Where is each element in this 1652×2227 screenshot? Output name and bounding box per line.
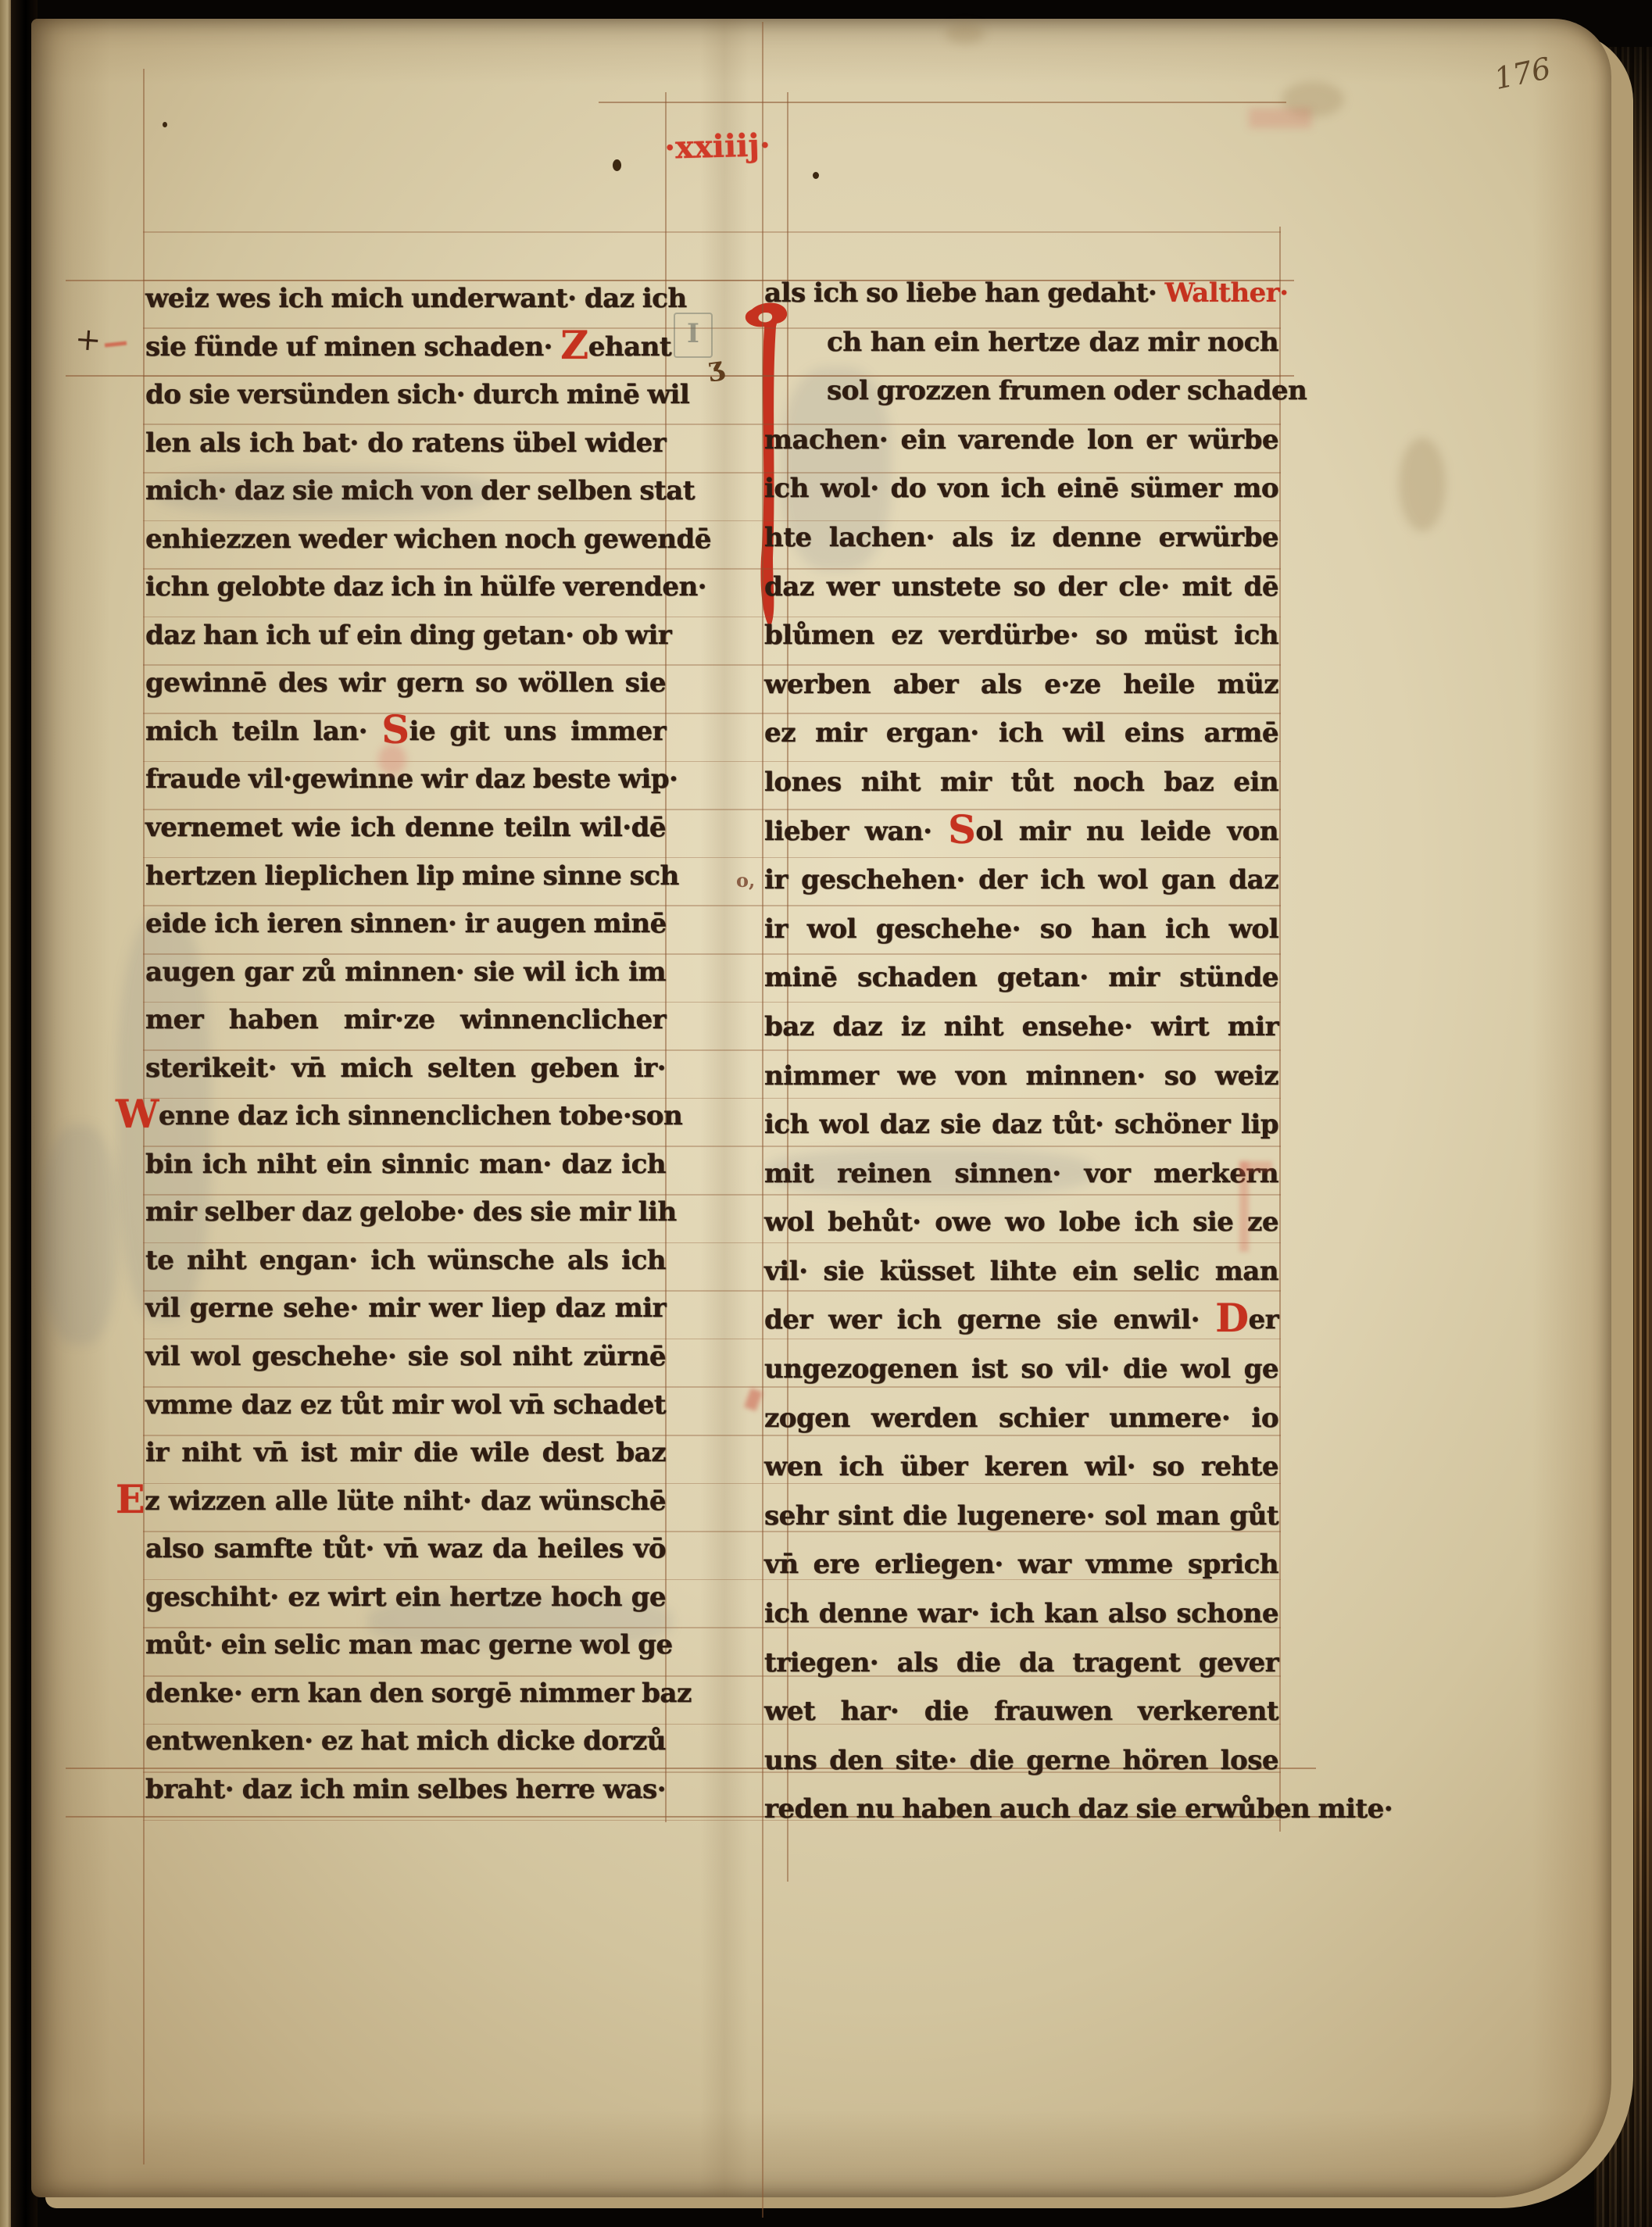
text-line: baz daz iz niht ensehe· wirt mir xyxy=(764,1003,1278,1052)
body-text: mit reinen sinnen· vor merkern xyxy=(764,1158,1278,1189)
body-text: ir niht vn̄ ist mir die wile dest baz xyxy=(145,1437,666,1468)
body-text: vil wol geschehe· sie sol niht zürnē xyxy=(145,1341,666,1372)
text-line: reden nu haben auch daz sie erwůben mite… xyxy=(764,1785,1360,1834)
text-line: do sie versünden sich· durch minē wil xyxy=(145,371,666,420)
body-text: also samfte tůt· vn̄ waz da heiles vō xyxy=(145,1533,666,1564)
parchment-stain xyxy=(946,23,985,44)
text-line: triegen· als die da tragent gever xyxy=(764,1639,1278,1688)
text-line: nimmer we von minnen· so weiz xyxy=(764,1052,1278,1101)
body-text: braht· daz ich min selbes herre was· xyxy=(145,1774,666,1805)
body-text: mich teiln lan· xyxy=(145,716,381,747)
text-line: ich denne war· ich kan also schone xyxy=(764,1589,1278,1639)
body-text: geschiht· ez wirt ein hertze hoch ge xyxy=(145,1582,666,1613)
text-line: vil gerne sehe· mir wer liep daz mir xyxy=(145,1285,666,1333)
body-text: ich wol· do von ich einē sümer mo xyxy=(764,473,1278,504)
text-line: hte lachen· als iz denne erwürbe xyxy=(764,513,1278,563)
body-text: er xyxy=(1248,1304,1278,1335)
text-line: der wer ich gerne sie enwil· Der xyxy=(764,1296,1278,1345)
body-text: blůmen ez verdürbe· so müst ich xyxy=(764,620,1278,651)
text-line: uns den site· die gerne hören lose xyxy=(764,1736,1278,1786)
body-text: do sie versünden sich· durch minē wil xyxy=(145,379,689,410)
text-line: gewinnē des wir gern so wöllen sie xyxy=(145,660,666,708)
text-line: daz han ich uf ein ding getan· ob wir xyxy=(145,612,666,660)
body-text: vil· sie küsset lihte ein selic man xyxy=(764,1256,1278,1287)
column-right: als ich so liebe han gedaht· Walther·ch … xyxy=(764,269,1278,1834)
rubric-text: Z xyxy=(560,323,588,368)
body-text: sterikeit· vn̄ mich selten geben ir· xyxy=(145,1053,666,1084)
text-line: Ez wizzen alle lüte niht· daz wünschē xyxy=(145,1478,666,1526)
body-text: machen· ein varende lon er würbe xyxy=(764,424,1278,456)
body-text: eide ich ieren sinnen· ir augen minē xyxy=(145,908,667,939)
body-text: weiz wes ich mich underwant· daz ich xyxy=(145,283,687,314)
pink-offset-s xyxy=(378,744,406,775)
ruled-line-vertical xyxy=(1279,227,1281,1832)
body-text: vil gerne sehe· mir wer liep daz mir xyxy=(145,1292,666,1324)
text-line: entwenken· ez hat mich dicke dorzů xyxy=(145,1718,666,1766)
body-text: ungezogenen ist so vil· die wol ge xyxy=(764,1353,1278,1385)
show-through-blot xyxy=(43,1125,117,1344)
text-line: ir niht vn̄ ist mir die wile dest baz xyxy=(145,1429,666,1478)
body-text: vmme daz ez tůt mir wol vn̄ schadet xyxy=(145,1389,666,1421)
text-line: sol grozzen frumen oder schaden xyxy=(764,366,1278,416)
text-line: werben aber als e·ze heile müz xyxy=(764,660,1278,710)
text-line: wol behůt· owe wo lobe ich sie ze xyxy=(764,1198,1278,1247)
rubric-text: Walther· xyxy=(1165,277,1289,309)
gutter-o-mark: o, xyxy=(736,869,755,892)
text-line: vil wol geschehe· sie sol niht zürnē xyxy=(145,1333,666,1382)
body-text: enne daz ich sinnenclichen tobe·son xyxy=(159,1100,682,1131)
text-line: wet har· die frauwen verkerent xyxy=(764,1687,1278,1736)
red-offset-ghost xyxy=(1239,1161,1272,1252)
body-text: můt· ein selic man mac gerne wol ge xyxy=(145,1629,673,1660)
text-line: braht· daz ich min selbes herre was· xyxy=(145,1766,666,1814)
body-text: wet har· die frauwen verkerent xyxy=(764,1696,1278,1727)
rubric-text: D xyxy=(1215,1296,1248,1341)
ink-speck xyxy=(613,159,621,171)
body-text: werben aber als e·ze heile müz xyxy=(764,669,1278,700)
manuscript-photo: { "page": { "folio": "176", "heading": "… xyxy=(0,0,1652,2227)
text-line: machen· ein varende lon er würbe xyxy=(764,416,1278,465)
body-text: sol grozzen frumen oder schaden xyxy=(827,375,1307,406)
text-line: eide ich ieren sinnen· ir augen minē xyxy=(145,900,666,949)
body-text: ol mir nu leide von xyxy=(975,816,1278,847)
body-text: ch han ein hertze daz mir noch xyxy=(827,327,1278,358)
body-text: der wer ich gerne sie enwil· xyxy=(764,1304,1215,1335)
text-line: enhiezzen weder wichen noch gewendē xyxy=(145,516,666,564)
text-line: wen ich über keren wil· so rehte xyxy=(764,1442,1278,1492)
body-text: ichn gelobte daz ich in hülfe verenden· xyxy=(145,571,706,602)
body-text: mich· daz sie mich von der selben stat xyxy=(145,475,695,506)
text-line: ch han ein hertze daz mir noch xyxy=(764,318,1278,367)
pencil-note-box: I xyxy=(674,313,713,358)
text-line: vmme daz ez tůt mir wol vn̄ schadet xyxy=(145,1382,666,1430)
body-text: minē schaden getan· mir stünde xyxy=(764,962,1278,993)
text-line: sehr sint die lugenere· sol man gůt xyxy=(764,1492,1278,1541)
body-text: augen gar zů minnen· sie wil ich im xyxy=(145,956,666,988)
text-line: lieber wan· Sol mir nu leide von xyxy=(764,807,1278,856)
column-left: weiz wes ich mich underwant· daz ichsie … xyxy=(145,275,666,1814)
body-text: wol behůt· owe wo lobe ich sie ze xyxy=(764,1206,1278,1238)
body-text: hte lachen· als iz denne erwürbe xyxy=(764,522,1278,553)
text-line: als ich so liebe han gedaht· Walther· xyxy=(764,269,1278,318)
text-line: sie fünde uf minen schaden· Zehant xyxy=(145,324,666,372)
red-offset-top xyxy=(1249,108,1311,128)
text-line: vil· sie küsset lihte ein selic man xyxy=(764,1247,1278,1296)
text-line: můt· ein selic man mac gerne wol ge xyxy=(145,1621,666,1670)
rubric-text: W xyxy=(116,1101,159,1128)
body-text: entwenken· ez hat mich dicke dorzů xyxy=(145,1725,666,1757)
margin-cross: + xyxy=(73,321,102,359)
ruled-line xyxy=(143,231,1281,233)
text-line: Wenne daz ich sinnenclichen tobe·son xyxy=(145,1092,666,1141)
text-line: te niht engan· ich wünsche als ich xyxy=(145,1237,666,1285)
body-text: sie fünde uf minen schaden· xyxy=(145,331,560,363)
ink-speck xyxy=(813,172,819,179)
body-text: mer haben mir·ze winnenclicher xyxy=(145,1004,666,1035)
text-line: weiz wes ich mich underwant· daz ich xyxy=(145,275,666,324)
text-line: ich wol· do von ich einē sümer mo xyxy=(764,464,1278,513)
body-text: lones niht mir tůt noch baz ein xyxy=(764,767,1278,798)
text-line: zogen werden schier unmere· io xyxy=(764,1394,1278,1443)
text-line: mir selber daz gelobe· des sie mir lih xyxy=(145,1189,666,1237)
text-line: ir geschehen· der ich wol gan daz xyxy=(764,856,1278,905)
text-line: sterikeit· vn̄ mich selten geben ir· xyxy=(145,1045,666,1093)
body-text: ehant xyxy=(588,331,671,363)
text-line: ez mir ergan· ich wil eins armē xyxy=(764,709,1278,758)
body-text: fraude vil·gewinne wir daz beste wip· xyxy=(145,763,678,795)
body-text: enhiezzen weder wichen noch gewendē xyxy=(145,524,711,555)
text-line: bin ich niht ein sinnic man· daz ich xyxy=(145,1141,666,1189)
parchment-stain xyxy=(1399,438,1446,531)
body-text: vn̄ ere erliegen· war vmme sprich xyxy=(764,1549,1278,1580)
text-line: mich teiln lan· Sie git uns immer xyxy=(145,708,666,756)
body-text: sehr sint die lugenere· sol man gůt xyxy=(764,1500,1278,1532)
text-line: denke· ern kan den sorgē nimmer baz xyxy=(145,1670,666,1718)
body-text: baz daz iz niht ensehe· wirt mir xyxy=(764,1011,1278,1042)
body-text: mir selber daz gelobe· des sie mir lih xyxy=(145,1196,677,1228)
text-line: geschiht· ez wirt ein hertze hoch ge xyxy=(145,1574,666,1622)
body-text: te niht engan· ich wünsche als ich xyxy=(145,1245,666,1276)
body-text: daz wer unstete so der cle· mit dē xyxy=(764,571,1278,602)
body-text: ir geschehen· der ich wol gan daz xyxy=(764,864,1278,895)
text-line: ichn gelobte daz ich in hülfe verenden· xyxy=(145,563,666,612)
body-text: ie git uns immer xyxy=(409,716,666,747)
body-text: reden nu haben auch daz sie erwůben mite… xyxy=(764,1793,1393,1825)
text-line: vernemet wie ich denne teiln wil·dē xyxy=(145,804,666,853)
text-line: vn̄ ere erliegen· war vmme sprich xyxy=(764,1540,1278,1589)
body-text: hertzen lieplichen lip mine sinne sch xyxy=(145,860,679,892)
ruled-line xyxy=(599,102,1286,103)
body-text: bin ich niht ein sinnic man· daz ich xyxy=(145,1149,666,1180)
text-line: minē schaden getan· mir stünde xyxy=(764,953,1278,1003)
text-line: mit reinen sinnen· vor merkern xyxy=(764,1149,1278,1199)
text-line: len als ich bat· do ratens übel wider xyxy=(145,420,666,468)
body-text: ich denne war· ich kan also schone xyxy=(764,1598,1278,1629)
body-text: daz han ich uf ein ding getan· ob wir xyxy=(145,620,671,651)
text-line: hertzen lieplichen lip mine sinne sch xyxy=(145,853,666,901)
text-line: augen gar zů minnen· sie wil ich im xyxy=(145,949,666,997)
text-line: blůmen ez verdürbe· so müst ich xyxy=(764,611,1278,660)
body-text: triegen· als die da tragent gever xyxy=(764,1647,1278,1678)
body-text: ich wol daz sie daz tůt· schöner lip xyxy=(764,1109,1278,1140)
text-line: mich· daz sie mich von der selben stat xyxy=(145,467,666,516)
rubric-text: E xyxy=(116,1486,145,1514)
text-line: ich wol daz sie daz tůt· schöner lip xyxy=(764,1100,1278,1149)
body-text: denke· ern kan den sorgē nimmer baz xyxy=(145,1678,692,1709)
text-line: also samfte tůt· vn̄ waz da heiles vō xyxy=(145,1525,666,1574)
ruled-line-vertical xyxy=(762,22,763,2218)
rubric-text: S xyxy=(948,807,975,853)
body-text: wen ich über keren wil· so rehte xyxy=(764,1451,1278,1482)
body-text: z wizzen alle lüte niht· daz wünschē xyxy=(145,1485,666,1517)
body-text: uns den site· die gerne hören lose xyxy=(764,1745,1278,1776)
body-text: ir wol geschehe· so han ich wol xyxy=(764,913,1278,945)
body-text: zogen werden schier unmere· io xyxy=(764,1403,1278,1434)
body-text: vernemet wie ich denne teiln wil·dē xyxy=(145,812,666,843)
text-line: daz wer unstete so der cle· mit dē xyxy=(764,563,1278,612)
text-line: mer haben mir·ze winnenclicher xyxy=(145,996,666,1045)
body-text: nimmer we von minnen· so weiz xyxy=(764,1060,1278,1092)
text-line: lones niht mir tůt noch baz ein xyxy=(764,758,1278,807)
body-text: len als ich bat· do ratens übel wider xyxy=(145,427,666,459)
text-line: ungezogenen ist so vil· die wol ge xyxy=(764,1345,1278,1394)
body-text: als ich so liebe han gedaht· xyxy=(764,277,1165,309)
text-line: ir wol geschehe· so han ich wol xyxy=(764,905,1278,954)
ink-speck xyxy=(163,122,167,127)
body-text: lieber wan· xyxy=(764,816,948,847)
body-text: gewinnē des wir gern so wöllen sie xyxy=(145,667,666,699)
body-text: ez mir ergan· ich wil eins armē xyxy=(764,717,1278,749)
